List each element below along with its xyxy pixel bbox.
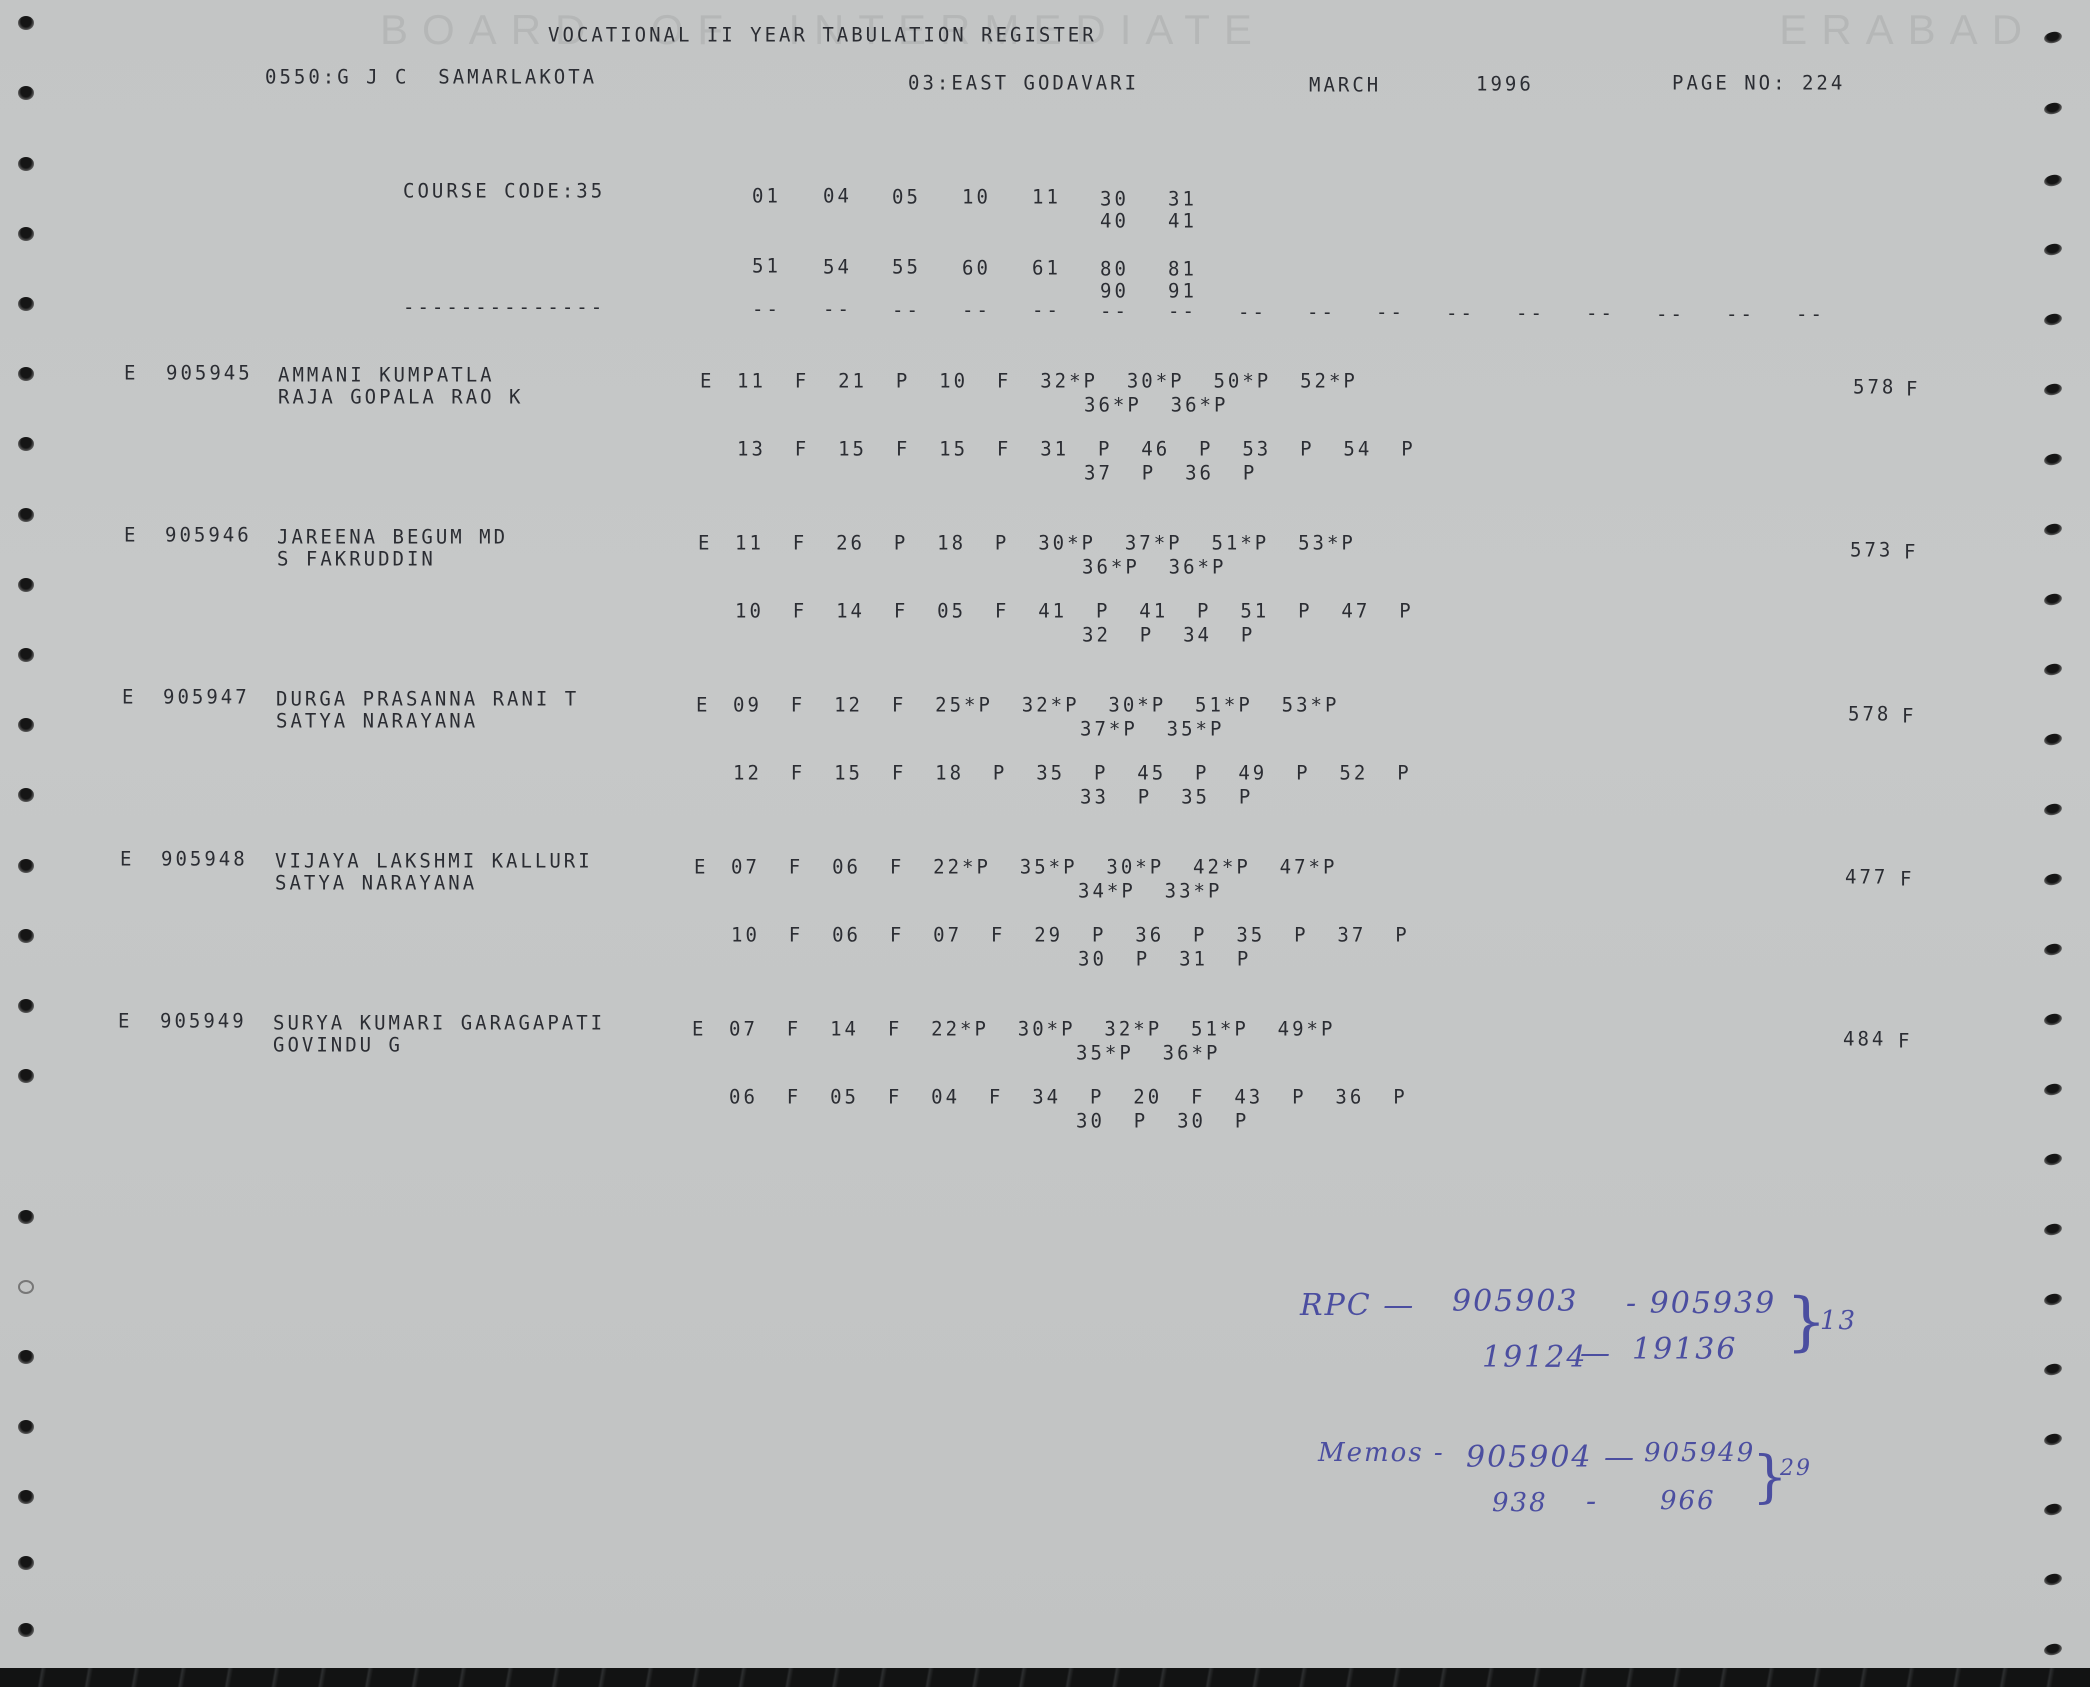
subject-code: 54 bbox=[823, 255, 852, 278]
result-status: F bbox=[1906, 377, 1920, 400]
hall-ticket-number: 905946 bbox=[165, 523, 252, 546]
feed-hole-icon bbox=[18, 227, 34, 241]
feed-hole-icon bbox=[18, 86, 34, 100]
student-name: JAREENA BEGUM MD bbox=[277, 525, 508, 548]
marks-part2-extra: 30 P 30 P bbox=[1076, 1109, 1249, 1132]
column-dash: -- bbox=[1446, 301, 1475, 324]
feed-hole-icon bbox=[18, 16, 34, 30]
marks-part2-extra: 33 P 35 P bbox=[1080, 785, 1253, 808]
feed-hole-icon bbox=[2043, 1292, 2063, 1307]
marks-part2: 10 F 14 F 05 F 41 P 41 P 51 P 47 P bbox=[735, 599, 1414, 622]
medium: E bbox=[698, 531, 712, 554]
result-status: F bbox=[1904, 540, 1918, 563]
subject-code: 40 bbox=[1100, 209, 1129, 232]
rpc-serial-to: 19136 bbox=[1632, 1332, 1737, 1367]
feed-hole-icon bbox=[2043, 662, 2063, 677]
column-dash: -- bbox=[1796, 302, 1825, 325]
result-status: F bbox=[1898, 1029, 1912, 1052]
result-status: F bbox=[1902, 704, 1916, 727]
feed-hole-icon bbox=[2043, 30, 2063, 45]
feed-hole-icon bbox=[18, 999, 34, 1013]
subject-code: 01 bbox=[752, 184, 781, 207]
feed-hole-icon bbox=[2043, 242, 2063, 257]
subject-code: 11 bbox=[1032, 185, 1061, 208]
column-dash: -- bbox=[1168, 299, 1197, 322]
subject-code: 60 bbox=[962, 256, 991, 279]
hall-ticket-number: 905947 bbox=[163, 685, 250, 708]
medium: E bbox=[692, 1017, 706, 1040]
column-dash: -- bbox=[1032, 298, 1061, 321]
subject-code: 30 bbox=[1100, 187, 1129, 210]
rpc-count: 13 bbox=[1820, 1306, 1857, 1336]
feed-hole-icon bbox=[18, 1490, 34, 1504]
memos-serial-from: 938 bbox=[1492, 1488, 1548, 1518]
subject-code: 51 bbox=[752, 254, 781, 277]
feed-hole-icon bbox=[18, 578, 34, 592]
feed-hole-icon bbox=[18, 648, 34, 662]
marks-part1-extra: 37*P 35*P bbox=[1080, 717, 1224, 740]
feed-hole-icon bbox=[2043, 1082, 2063, 1097]
marks-part1-extra: 35*P 36*P bbox=[1076, 1041, 1220, 1064]
feed-hole-icon bbox=[2043, 1642, 2063, 1657]
feed-hole-icon bbox=[2043, 1502, 2063, 1517]
desk-surface bbox=[0, 1668, 2090, 1687]
feed-hole-icon bbox=[2043, 1222, 2063, 1237]
feed-hole-icon bbox=[2043, 1432, 2063, 1447]
marks-part2: 10 F 06 F 07 F 29 P 36 P 35 P 37 P bbox=[731, 923, 1410, 946]
memos-serial-to: 966 bbox=[1660, 1486, 1716, 1516]
column-dash: -- bbox=[1656, 302, 1685, 325]
marks-part2: 06 F 05 F 04 F 34 P 20 F 43 P 36 P bbox=[729, 1085, 1408, 1108]
medium: E bbox=[696, 693, 710, 716]
student-name: DURGA PRASANNA RANI T bbox=[276, 687, 579, 710]
marks-part2: 12 F 15 F 18 P 35 P 45 P 49 P 52 P bbox=[733, 761, 1412, 784]
feed-hole-icon bbox=[18, 1210, 34, 1224]
parent-name: SATYA NARAYANA bbox=[275, 871, 477, 894]
result-status: F bbox=[1900, 867, 1914, 890]
printout-page: BOARD OF INTERMEDIATE ERABAD bbox=[0, 0, 2090, 1670]
marks-part1-extra: 36*P 36*P bbox=[1084, 393, 1228, 416]
total-marks: 484 bbox=[1843, 1027, 1886, 1050]
tractor-holes-right bbox=[2044, 0, 2074, 1668]
subject-code: 80 bbox=[1100, 257, 1129, 280]
rpc-serial-dash: — bbox=[1580, 1336, 1612, 1371]
marks-part1: 07 F 14 F 22*P 30*P 32*P 51*P 49*P bbox=[729, 1017, 1335, 1040]
marks-part1-extra: 36*P 36*P bbox=[1082, 555, 1226, 578]
column-dash: -- bbox=[1726, 302, 1755, 325]
exam-year: 1996 bbox=[1476, 72, 1534, 95]
rpc-from: 905903 bbox=[1452, 1284, 1579, 1319]
feed-hole-icon bbox=[18, 1623, 34, 1637]
memos-count: 29 bbox=[1780, 1456, 1812, 1481]
feed-hole-icon bbox=[2043, 1362, 2063, 1377]
column-dash: -- bbox=[823, 297, 852, 320]
feed-hole-icon bbox=[2043, 802, 2063, 817]
feed-hole-icon bbox=[2043, 1572, 2063, 1587]
parent-name: RAJA GOPALA RAO K bbox=[278, 385, 523, 408]
marks-part1-extra: 34*P 33*P bbox=[1078, 879, 1222, 902]
tractor-holes-left bbox=[18, 0, 48, 1668]
student-category: E bbox=[118, 1009, 132, 1032]
rpc-to: - 905939 bbox=[1626, 1286, 1776, 1321]
column-dash: -- bbox=[1586, 301, 1615, 324]
column-dash: -- bbox=[962, 298, 991, 321]
feed-hole-icon bbox=[2043, 522, 2063, 537]
student-category: E bbox=[124, 523, 138, 546]
feed-hole-icon bbox=[18, 718, 34, 732]
feed-hole-icon bbox=[2043, 942, 2063, 957]
parent-name: GOVINDU G bbox=[273, 1033, 403, 1056]
page-number: PAGE NO: 224 bbox=[1672, 71, 1845, 94]
college-code: 0550:G J C SAMARLAKOTA bbox=[265, 65, 597, 88]
column-dash: -- bbox=[892, 298, 921, 321]
subject-code: 31 bbox=[1168, 187, 1197, 210]
feed-hole-icon bbox=[18, 508, 34, 522]
feed-hole-icon bbox=[2043, 592, 2063, 607]
total-marks: 578 bbox=[1848, 702, 1891, 725]
feed-hole-icon bbox=[18, 1069, 34, 1083]
marks-part1: 11 F 26 P 18 P 30*P 37*P 51*P 53*P bbox=[735, 531, 1356, 554]
feed-hole-icon bbox=[2043, 1152, 2063, 1167]
feed-hole-icon bbox=[18, 788, 34, 802]
feed-hole-icon bbox=[18, 929, 34, 943]
feed-hole-icon bbox=[2043, 312, 2063, 327]
memos-to: 905949 bbox=[1644, 1438, 1755, 1468]
total-marks: 573 bbox=[1850, 538, 1893, 561]
column-dash: -- bbox=[1238, 300, 1267, 323]
column-dash: -- bbox=[1376, 300, 1405, 323]
student-name: AMMANI KUMPATLA bbox=[278, 363, 495, 386]
medium: E bbox=[700, 369, 714, 392]
feed-hole-icon bbox=[18, 367, 34, 381]
feed-hole-icon bbox=[2043, 173, 2063, 188]
parent-name: SATYA NARAYANA bbox=[276, 709, 478, 732]
register-title: VOCATIONAL II YEAR TABULATION REGISTER bbox=[548, 23, 1097, 46]
column-dash: -- bbox=[1307, 300, 1336, 323]
feed-hole-icon bbox=[18, 1556, 34, 1570]
feed-hole-icon bbox=[18, 297, 34, 311]
subject-code: 04 bbox=[823, 184, 852, 207]
hall-ticket-number: 905949 bbox=[160, 1009, 247, 1032]
subject-code: 10 bbox=[962, 185, 991, 208]
subject-code: 55 bbox=[892, 255, 921, 278]
marks-part2: 13 F 15 F 15 F 31 P 46 P 53 P 54 P bbox=[737, 437, 1416, 460]
hall-ticket-number: 905948 bbox=[161, 847, 248, 870]
memos-label: Memos - bbox=[1318, 1438, 1445, 1468]
total-marks: 578 bbox=[1853, 375, 1896, 398]
memos-serial-dash: - bbox=[1586, 1484, 1598, 1519]
marks-part1: 09 F 12 F 25*P 32*P 30*P 51*P 53*P bbox=[733, 693, 1339, 716]
subject-code: 61 bbox=[1032, 256, 1061, 279]
feed-hole-icon bbox=[2043, 101, 2063, 116]
memos-from: 905904 bbox=[1466, 1440, 1593, 1475]
feed-hole-icon bbox=[18, 157, 34, 171]
medium: E bbox=[694, 855, 708, 878]
feed-hole-icon bbox=[2043, 872, 2063, 887]
hall-ticket-number: 905945 bbox=[166, 361, 253, 384]
feed-hole-icon bbox=[2043, 1012, 2063, 1027]
exam-month: MARCH bbox=[1309, 73, 1381, 96]
student-category: E bbox=[122, 685, 136, 708]
column-dash: -- bbox=[1516, 301, 1545, 324]
feed-hole-icon bbox=[2043, 452, 2063, 467]
column-dash: -- bbox=[1100, 299, 1129, 322]
student-name: VIJAYA LAKSHMI KALLURI bbox=[275, 849, 593, 872]
feed-hole-icon bbox=[2043, 732, 2063, 747]
marks-part1: 07 F 06 F 22*P 35*P 30*P 42*P 47*P bbox=[731, 855, 1337, 878]
parent-name: S FAKRUDDIN bbox=[277, 547, 436, 570]
column-dash: -- bbox=[752, 297, 781, 320]
marks-part2-extra: 37 P 36 P bbox=[1084, 461, 1257, 484]
marks-part1: 11 F 21 P 10 F 32*P 30*P 50*P 52*P bbox=[737, 369, 1358, 392]
rpc-serial-from: 19124 bbox=[1482, 1340, 1587, 1375]
total-marks: 477 bbox=[1845, 865, 1888, 888]
subject-code: 05 bbox=[892, 185, 921, 208]
rpc-label: RPC — bbox=[1300, 1288, 1415, 1323]
student-category: E bbox=[124, 361, 138, 384]
marks-part2-extra: 32 P 34 P bbox=[1082, 623, 1255, 646]
feed-hole-icon bbox=[18, 1350, 34, 1364]
feed-hole-icon bbox=[18, 437, 34, 451]
feed-hole-icon bbox=[18, 1420, 34, 1434]
district: 03:EAST GODAVARI bbox=[908, 71, 1139, 94]
subject-code: 81 bbox=[1168, 257, 1197, 280]
feed-hole-icon bbox=[2043, 382, 2063, 397]
student-name: SURYA KUMARI GARAGAPATI bbox=[273, 1011, 605, 1034]
marks-part2-extra: 30 P 31 P bbox=[1078, 947, 1251, 970]
memos-dash: — bbox=[1604, 1440, 1636, 1475]
course-code: COURSE CODE:35 bbox=[403, 179, 605, 202]
student-category: E bbox=[120, 847, 134, 870]
course-separator: -------------- bbox=[403, 295, 605, 318]
subject-code: 41 bbox=[1168, 209, 1197, 232]
feed-hole-icon bbox=[18, 859, 34, 873]
feed-hole-icon bbox=[18, 1280, 34, 1294]
